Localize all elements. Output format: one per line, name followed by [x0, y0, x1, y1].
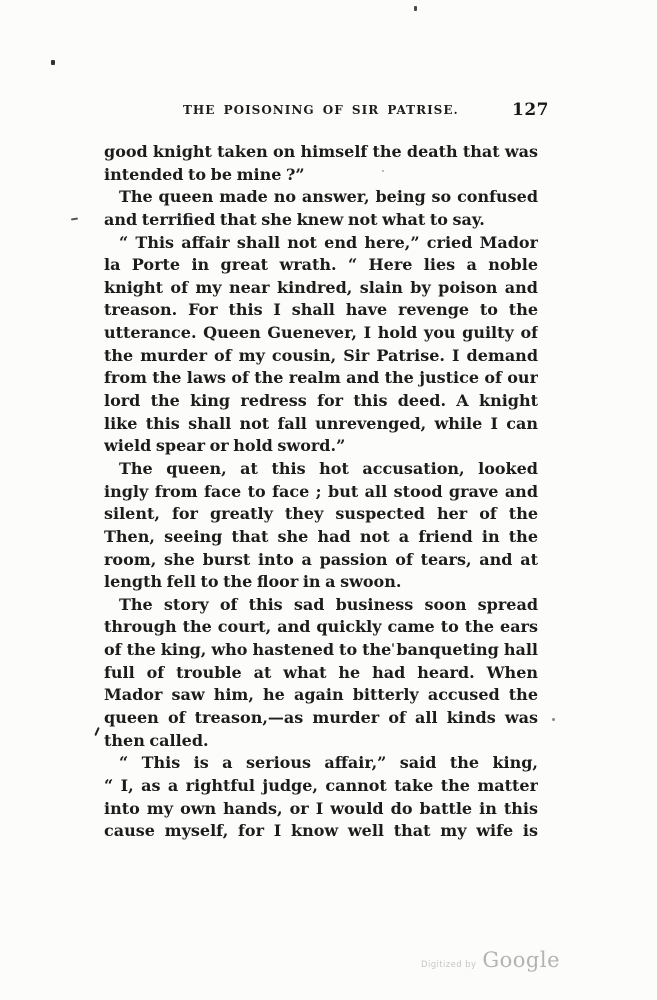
ink-speck	[392, 643, 394, 647]
text-block: good knight taken on himself the death t…	[104, 141, 538, 843]
digitized-by-label: Digitized by	[421, 960, 476, 970]
text-line: The queen made no answer, being so confu…	[104, 186, 538, 209]
text-line: ingly from face to face ; but all stood …	[104, 481, 538, 504]
text-line: “ This is a serious affair,” said the ki…	[104, 752, 538, 775]
text-line: utterance. Queen Guenever, I hold you gu…	[104, 322, 538, 345]
google-logo: Google	[482, 948, 560, 972]
ink-stroke-artifact	[94, 727, 99, 736]
text-line: length fell to the floor in a swoon.	[104, 571, 538, 594]
text-line: intended to be mine ?”	[104, 164, 538, 187]
ink-speck	[414, 6, 417, 11]
text-line: the murder of my cousin, Sir Patrise. I …	[104, 345, 538, 368]
text-line: The story of this sad business soon spre…	[104, 594, 538, 617]
text-line: “ I, as a rightful judge, cannot take th…	[104, 775, 538, 798]
ink-speck	[382, 170, 384, 172]
text-line: treason. For this I shall have revenge t…	[104, 299, 538, 322]
text-line: wield spear or hold sword.”	[104, 435, 538, 458]
text-line: silent, for greatly they suspected her o…	[104, 503, 538, 526]
text-line: into my own hands, or I would do battle …	[104, 798, 538, 821]
text-line: room, she burst into a passion of tears,…	[104, 549, 538, 572]
text-line: good knight taken on himself the death t…	[104, 141, 538, 164]
text-line: then called.	[104, 730, 538, 753]
text-line: full of trouble at what he had heard. Wh…	[104, 662, 538, 685]
ink-speck	[51, 60, 55, 65]
margin-dash-artifact	[71, 218, 78, 221]
ink-speck	[552, 718, 555, 721]
text-line: The queen, at this hot accusation, looke…	[104, 458, 538, 481]
text-line: knight of my near kindred, slain by pois…	[104, 277, 538, 300]
page-number: 127	[512, 100, 549, 120]
text-line: like this shall not fall unrevenged, whi…	[104, 413, 538, 436]
text-line: lord the king redress for this deed. A k…	[104, 390, 538, 413]
text-line: la Porte in great wrath. “ Here lies a n…	[104, 254, 538, 277]
text-line: queen of treason,—as murder of all kinds…	[104, 707, 538, 730]
text-line: Mador saw him, he again bitterly accused…	[104, 684, 538, 707]
text-line: from the laws of the realm and the justi…	[104, 367, 538, 390]
book-page-scan: THE POISONING OF SIR PATRISE. 127 good k…	[0, 0, 657, 1000]
text-line: and terrified that she knew not what to …	[104, 209, 538, 232]
text-line: Then, seeing that she had not a friend i…	[104, 526, 538, 549]
google-watermark: Digitized by Google	[421, 948, 560, 972]
text-line: “ This affair shall not end here,” cried…	[104, 232, 538, 255]
text-line: through the court, and quickly came to t…	[104, 616, 538, 639]
text-line: cause myself, for I know well that my wi…	[104, 820, 538, 843]
text-line: of the king, who hastened to the banquet…	[104, 639, 538, 662]
running-title: THE POISONING OF SIR PATRISE.	[183, 103, 459, 117]
